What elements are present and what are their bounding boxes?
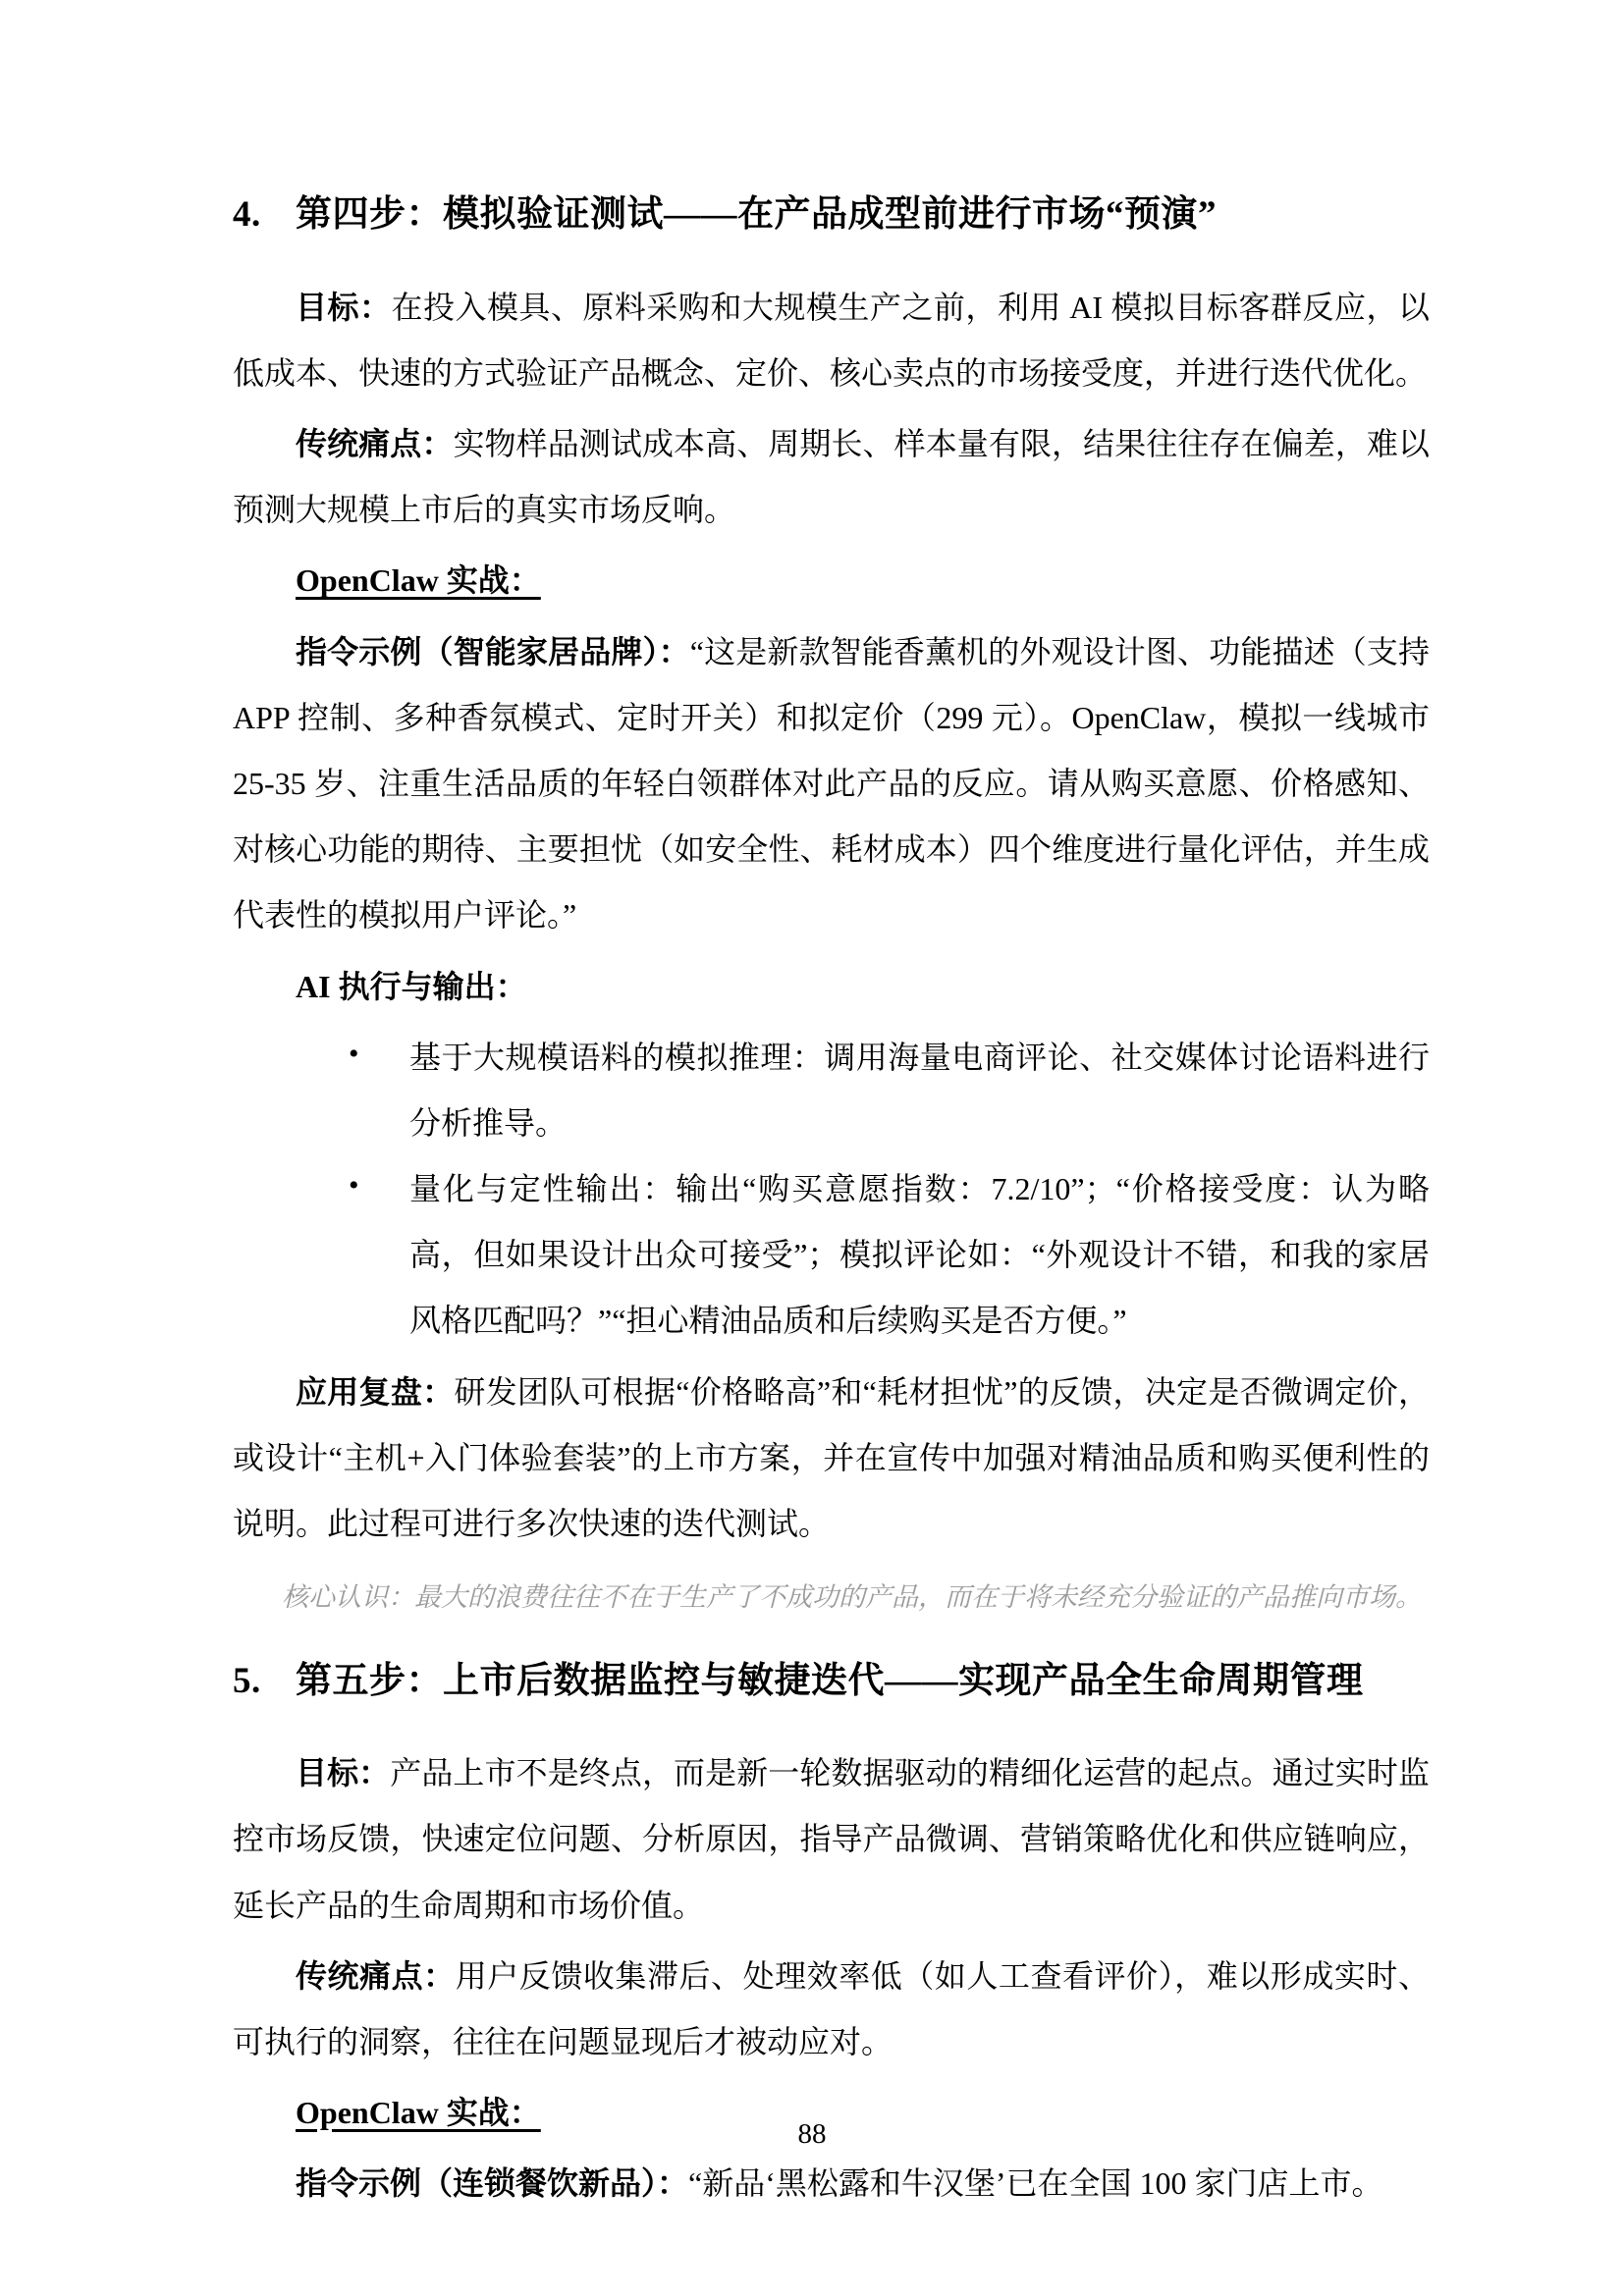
ai-output-bullet-list: •基于大规模语料的模拟推理：调用海量电商评论、社交媒体讨论语料进行分析推导。 •… (233, 1025, 1430, 1355)
section-4-ai-output-heading: AI 执行与输出： (233, 954, 1430, 1020)
practice-label: OpenClaw 实战： (296, 562, 541, 598)
key-insight-note: 核心认识：最大的浪费往往不在于生产了不成功的产品，而在于将未经充分验证的产品推向… (233, 1569, 1430, 1627)
bullet-icon: • (349, 1023, 359, 1085)
goal-text: 在投入模具、原料采购和大规模生产之前，利用 AI 模拟目标客群反应，以低成本、快… (233, 290, 1430, 391)
section-4-practice-heading: OpenClaw 实战： (233, 548, 1430, 614)
review-label: 应用复盘： (296, 1374, 454, 1410)
bullet-item: •量化与定性输出：输出“购买意愿指数：7.2/10”；“价格接受度：认为略高，但… (233, 1156, 1430, 1355)
instruction-text: “这是新款智能香薰机的外观设计图、功能描述（支持 APP 控制、多种香氛模式、定… (233, 634, 1430, 934)
instruction-label: 指令示例（智能家居品牌）： (296, 634, 690, 669)
pain-label: 传统痛点： (296, 1958, 456, 1994)
section-5-number: 5. (233, 1655, 296, 1708)
bullet-icon: • (349, 1154, 359, 1216)
instruction-label: 指令示例（连锁餐饮新品）： (296, 2165, 688, 2201)
goal-label: 目标： (296, 1755, 390, 1790)
bullet-item: •基于大规模语料的模拟推理：调用海量电商评论、社交媒体讨论语料进行分析推导。 (233, 1025, 1430, 1156)
instruction-text: “新品‘黑松露和牛汉堡’已在全国 100 家门店上市。 (688, 2165, 1383, 2201)
section-5-heading: 5.第五步：上市后数据监控与敏捷迭代——实现产品全生命周期管理 (233, 1655, 1430, 1708)
document-page: 4.第四步：模拟验证测试——在产品成型前进行市场“预演” 目标：在投入模具、原料… (0, 0, 1624, 2296)
section-4-instruction-paragraph: 指令示例（智能家居品牌）：“这是新款智能香薰机的外观设计图、功能描述（支持 AP… (233, 619, 1430, 949)
goal-text: 产品上市不是终点，而是新一轮数据驱动的精细化运营的起点。通过实时监控市场反馈，快… (233, 1755, 1430, 1922)
page-number: 88 (0, 2118, 1624, 2151)
bullet-text: 量化与定性输出：输出“购买意愿指数：7.2/10”；“价格接受度：认为略高，但如… (409, 1171, 1430, 1338)
section-4-review-paragraph: 应用复盘：研发团队可根据“价格略高”和“耗材担忧”的反馈，决定是否微调定价，或设… (233, 1360, 1430, 1558)
section-5-instruction-paragraph: 指令示例（连锁餐饮新品）：“新品‘黑松露和牛汉堡’已在全国 100 家门店上市。 (233, 2151, 1430, 2216)
ai-output-label: AI 执行与输出： (296, 969, 527, 1004)
section-4-pain-paragraph: 传统痛点：实物样品测试成本高、周期长、样本量有限，结果往往存在偏差，难以预测大规… (233, 411, 1430, 543)
bullet-text: 基于大规模语料的模拟推理：调用海量电商评论、社交媒体讨论语料进行分析推导。 (409, 1040, 1430, 1141)
section-4-title: 第四步：模拟验证测试——在产品成型前进行市场“预演” (296, 194, 1217, 235)
section-5-pain-paragraph: 传统痛点：用户反馈收集滞后、处理效率低（如人工查看评价），难以形成实时、可执行的… (233, 1944, 1430, 2075)
section-4-goal-paragraph: 目标：在投入模具、原料采购和大规模生产之前，利用 AI 模拟目标客群反应，以低成… (233, 275, 1430, 406)
section-4-heading: 4.第四步：模拟验证测试——在产品成型前进行市场“预演” (233, 188, 1430, 241)
section-5-title: 第五步：上市后数据监控与敏捷迭代——实现产品全生命周期管理 (296, 1661, 1364, 1701)
goal-label: 目标： (296, 290, 391, 325)
section-5-goal-paragraph: 目标：产品上市不是终点，而是新一轮数据驱动的精细化运营的起点。通过实时监控市场反… (233, 1740, 1430, 1939)
pain-label: 传统痛点： (296, 426, 453, 461)
page-content: 4.第四步：模拟验证测试——在产品成型前进行市场“预演” 目标：在投入模具、原料… (233, 188, 1430, 2222)
section-4-number: 4. (233, 188, 296, 241)
